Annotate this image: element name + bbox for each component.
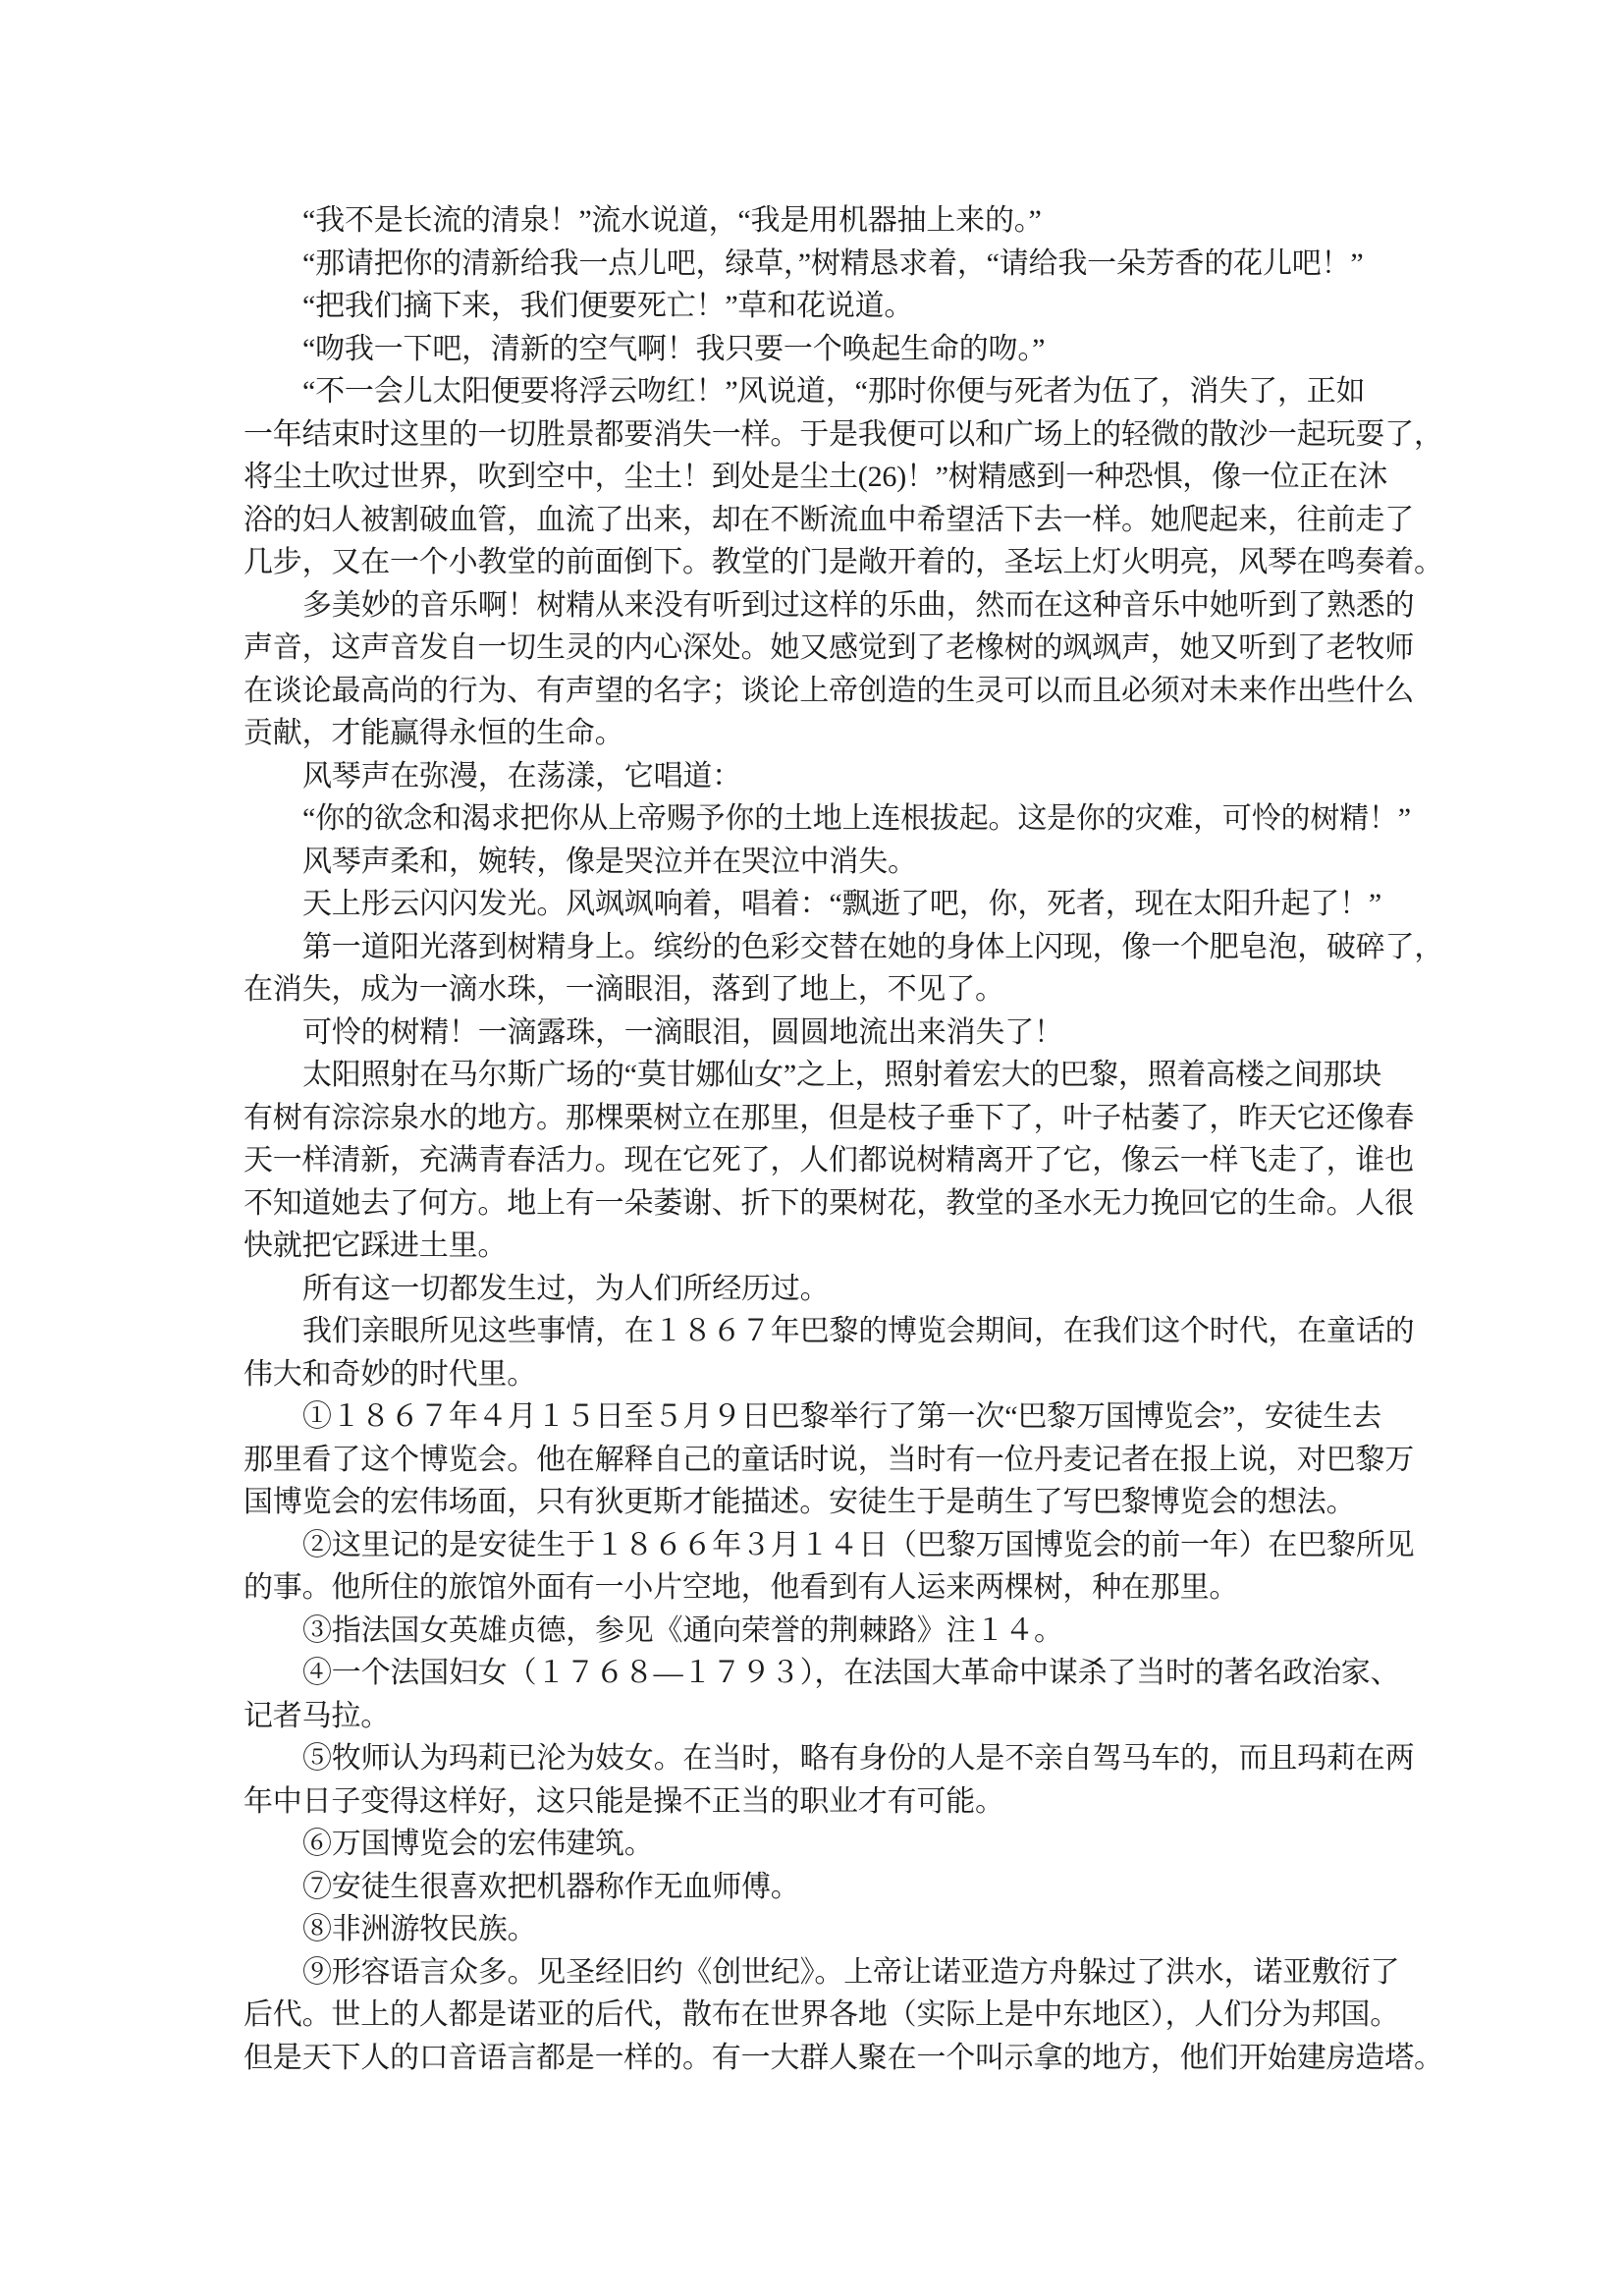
text-line: ⑤牧师认为玛莉已沦为妓女。在当时，略有身份的人是不亲自驾马车的，而且玛莉在两 (243, 1737, 1426, 1780)
text-line: ④一个法国妇女（１７６８—１７９３），在法国大革命中谋杀了当时的著名政治家、 (243, 1652, 1426, 1695)
text-line: 记者马拉。 (243, 1695, 1426, 1738)
text-line: 一年结束时这里的一切胜景都要消失一样。于是我便可以和广场上的轻微的散沙一起玩耍了… (243, 413, 1426, 457)
text-line: 天上彤云闪闪发光。风飒飒响着，唱着：“飘逝了吧，你，死者，现在太阳升起了！” (243, 883, 1426, 926)
text-line: 后代。世上的人都是诺亚的后代，散布在世界各地（实际上是中东地区），人们分为邦国。 (243, 1994, 1426, 2037)
text-line: “那请把你的清新给我一点儿吧，绿草，”树精恳求着，“请给我一朵芳香的花儿吧！” (243, 243, 1426, 286)
text-line: ②这里记的是安徒生于１８６６年３月１４日（巴黎万国博览会的前一年）在巴黎所见 (243, 1524, 1426, 1567)
text-line: 第一道阳光落到树精身上。缤纷的色彩交替在她的身体上闪现，像一个肥皂泡，破碎了， (243, 926, 1426, 969)
text-line: 国博览会的宏伟场面，只有狄更斯才能描述。安徒生于是萌生了写巴黎博览会的想法。 (243, 1481, 1426, 1524)
text-line: 我们亲眼所见这些事情，在１８６７年巴黎的博览会期间，在我们这个时代，在童话的 (243, 1310, 1426, 1353)
text-line: 可怜的树精！一滴露珠，一滴眼泪，圆圆地流出来消失了！ (243, 1011, 1426, 1055)
text-line: “我不是长流的清泉！”流水说道，“我是用机器抽上来的。” (243, 199, 1426, 243)
text-line: 多美妙的音乐啊！树精从来没有听到过这样的乐曲，然而在这种音乐中她听到了熟悉的 (243, 584, 1426, 628)
text-line: ①１８６７年４月１５日至５月９日巴黎举行了第一次“巴黎万国博览会”，安徒生去 (243, 1395, 1426, 1439)
text-line: 几步，又在一个小教堂的前面倒下。教堂的门是敞开着的，圣坛上灯火明亮，风琴在鸣奏着… (243, 541, 1426, 584)
text-line: 年中日子变得这样好，这只能是操不正当的职业才有可能。 (243, 1780, 1426, 1824)
text-block: “我不是长流的清泉！”流水说道，“我是用机器抽上来的。”“那请把你的清新给我一点… (243, 199, 1426, 2079)
text-line: 在消失，成为一滴水珠，一滴眼泪，落到了地上，不见了。 (243, 968, 1426, 1011)
text-line: ⑨形容语言众多。见圣经旧约《创世纪》。上帝让诺亚造方舟躲过了洪水，诺亚敷衍了 (243, 1951, 1426, 1995)
text-line: 那里看了这个博览会。他在解释自己的童话时说，当时有一位丹麦记者在报上说，对巴黎万 (243, 1439, 1426, 1482)
text-line: 但是天下人的口音语言都是一样的。有一大群人聚在一个叫示拿的地方，他们开始建房造塔… (243, 2037, 1426, 2080)
text-line: 风琴声在弥漫，在荡漾，它唱道： (243, 755, 1426, 798)
text-line: “把我们摘下来，我们便要死亡！”草和花说道。 (243, 285, 1426, 328)
text-line: 有树有淙淙泉水的地方。那棵栗树立在那里，但是枝子垂下了，叶子枯萎了，昨天它还像春 (243, 1097, 1426, 1140)
text-line: “不一会儿太阳便要将浮云吻红！”风说道，“那时你便与死者为伍了，消失了，正如 (243, 370, 1426, 413)
text-line: 快就把它踩进土里。 (243, 1225, 1426, 1268)
text-line: 声音，这声音发自一切生灵的内心深处。她又感觉到了老橡树的飒飒声，她又听到了老牧师 (243, 627, 1426, 670)
text-line: 的事。他所住的旅馆外面有一小片空地，他看到有人运来两棵树，种在那里。 (243, 1566, 1426, 1610)
text-line: 天一样清新，充满青春活力。现在它死了，人们都说树精离开了它，像云一样飞走了，谁也 (243, 1139, 1426, 1182)
text-line: ⑥万国博览会的宏伟建筑。 (243, 1823, 1426, 1866)
text-line: 所有这一切都发生过，为人们所经历过。 (243, 1268, 1426, 1311)
text-line: 贡献，才能赢得永恒的生命。 (243, 712, 1426, 755)
text-line: ⑧非洲游牧民族。 (243, 1908, 1426, 1951)
text-line: 在谈论最高尚的行为、有声望的名字；谈论上帝创造的生灵可以而且必须对未来作出些什么 (243, 670, 1426, 713)
text-line: ⑦安徒生很喜欢把机器称作无血师傅。 (243, 1866, 1426, 1909)
text-line: 太阳照射在马尔斯广场的“莫甘娜仙女”之上，照射着宏大的巴黎，照着高楼之间那块 (243, 1054, 1426, 1097)
text-line: ③指法国女英雄贞德，参见《通向荣誉的荆棘路》注１４。 (243, 1610, 1426, 1653)
text-line: 伟大和奇妙的时代里。 (243, 1353, 1426, 1396)
text-line: “你的欲念和渴求把你从上帝赐予你的土地上连根拔起。这是你的灾难，可怜的树精！” (243, 797, 1426, 841)
text-line: 将尘土吹过世界，吹到空中，尘土！到处是尘土(26)！”树精感到一种恐惧，像一位正… (243, 456, 1426, 499)
document-page: “我不是长流的清泉！”流水说道，“我是用机器抽上来的。”“那请把你的清新给我一点… (0, 0, 1623, 2296)
text-line: “吻我一下吧，清新的空气啊！我只要一个唤起生命的吻。” (243, 328, 1426, 371)
text-line: 浴的妇人被割破血管，血流了出来，却在不断流血中希望活下去一样。她爬起来，往前走了 (243, 499, 1426, 542)
text-line: 风琴声柔和，婉转，像是哭泣并在哭泣中消失。 (243, 841, 1426, 884)
text-line: 不知道她去了何方。地上有一朵萎谢、折下的栗树花，教堂的圣水无力挽回它的生命。人很 (243, 1182, 1426, 1226)
